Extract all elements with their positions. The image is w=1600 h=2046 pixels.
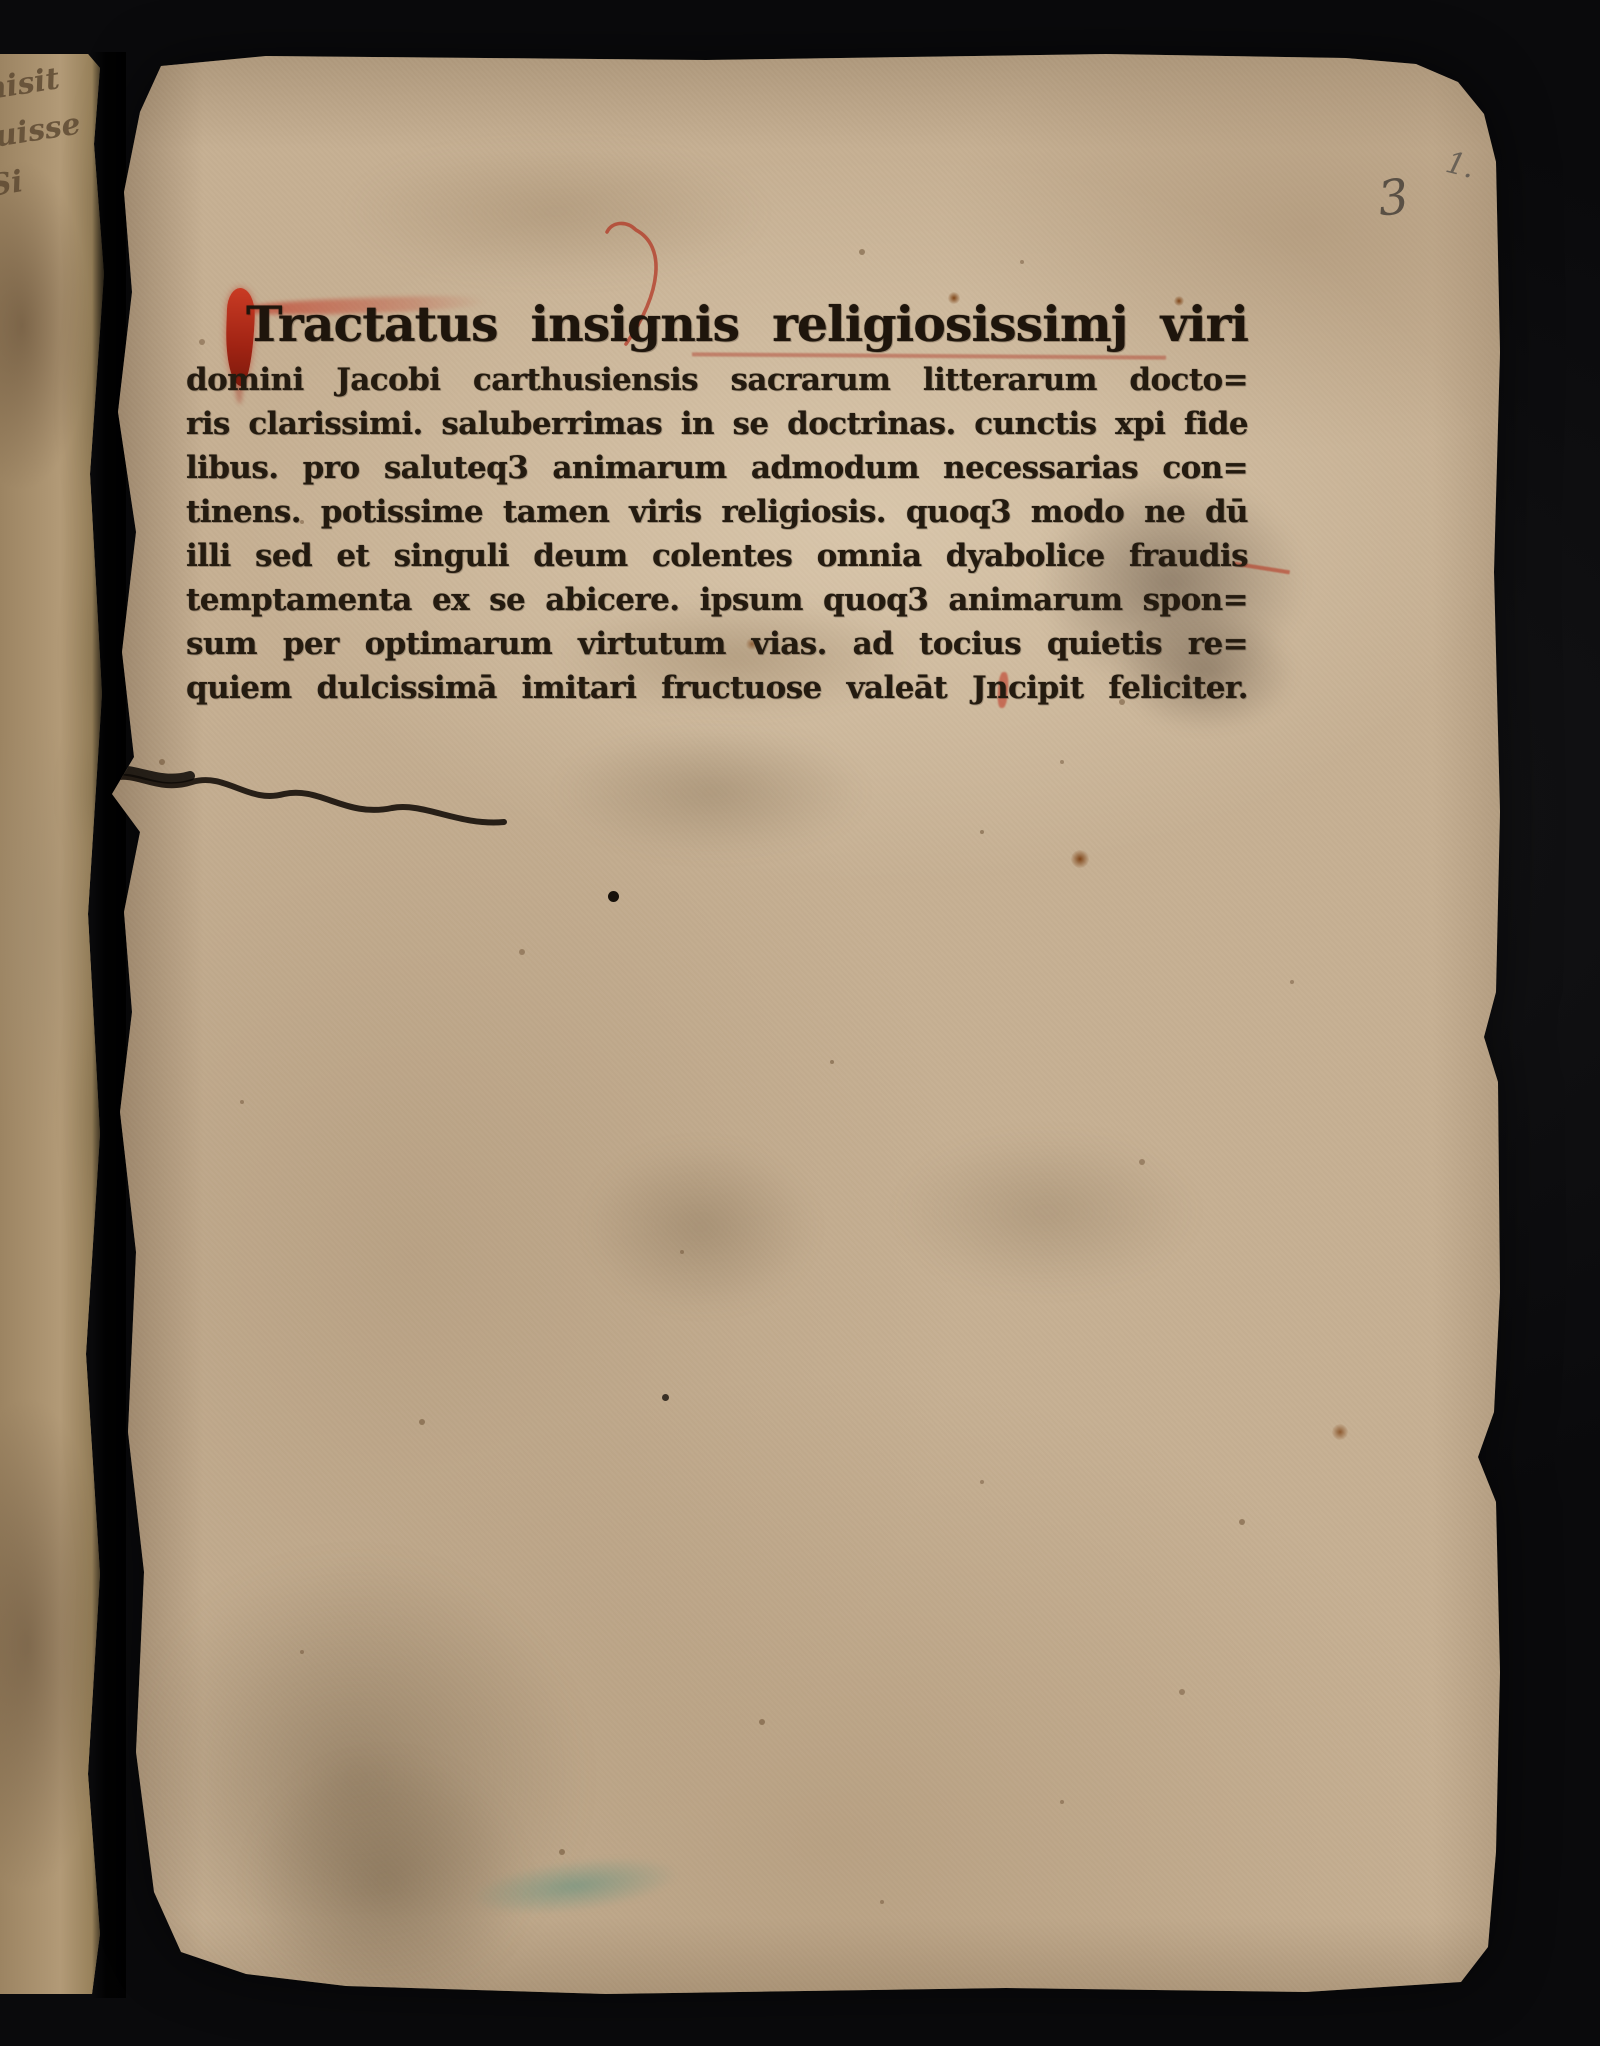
stain [246, 1752, 526, 2012]
stain [896, 1132, 1196, 1292]
folio-number-pencil: 1. [1442, 145, 1478, 186]
rust-spot [1071, 850, 1089, 868]
rust-spot [1332, 1424, 1348, 1440]
text-line: temptamenta ex se abicere. ipsum quoq3 a… [186, 578, 1248, 622]
stain [556, 727, 866, 857]
stain [586, 1142, 816, 1312]
headline-line: Tractatus insignis religiosissimj viri [186, 290, 1248, 358]
text-line: ris clarissimi. saluberrimas in se doctr… [186, 402, 1248, 446]
ink-dot [608, 891, 619, 902]
text-line: sum per optimarum virtutum vias. ad toci… [186, 622, 1248, 666]
stain [126, 1552, 586, 2002]
faded-stamp-smudge [468, 1847, 683, 1924]
text-line: quiem dulcissimā imitari fructuose valeā… [186, 666, 1248, 710]
page-shadow-wrap: Tractatus insignis religiosissimj viri d… [0, 0, 1600, 2046]
stain [346, 142, 766, 282]
ink-dot [662, 1394, 669, 1401]
text-line: illi sed et singuli deum colentes omnia … [186, 534, 1248, 578]
photo-backdrop: misit fuisse Si [0, 0, 1600, 2046]
text-line: libus. pro saluteq3 animarum admodum nec… [186, 446, 1248, 490]
text-line: domini Jacobi carthusiensis sacrarum lit… [186, 358, 1248, 402]
printed-text-block: Tractatus insignis religiosissimj viri d… [186, 290, 1248, 710]
manuscript-page: Tractatus insignis religiosissimj viri d… [106, 52, 1502, 1996]
folio-number-ink: 3 [1375, 168, 1412, 227]
foxing-freckles [106, 52, 110, 56]
text-line: tinens. potissime tamen viris religiosis… [186, 490, 1248, 534]
tear-crack [106, 742, 546, 872]
